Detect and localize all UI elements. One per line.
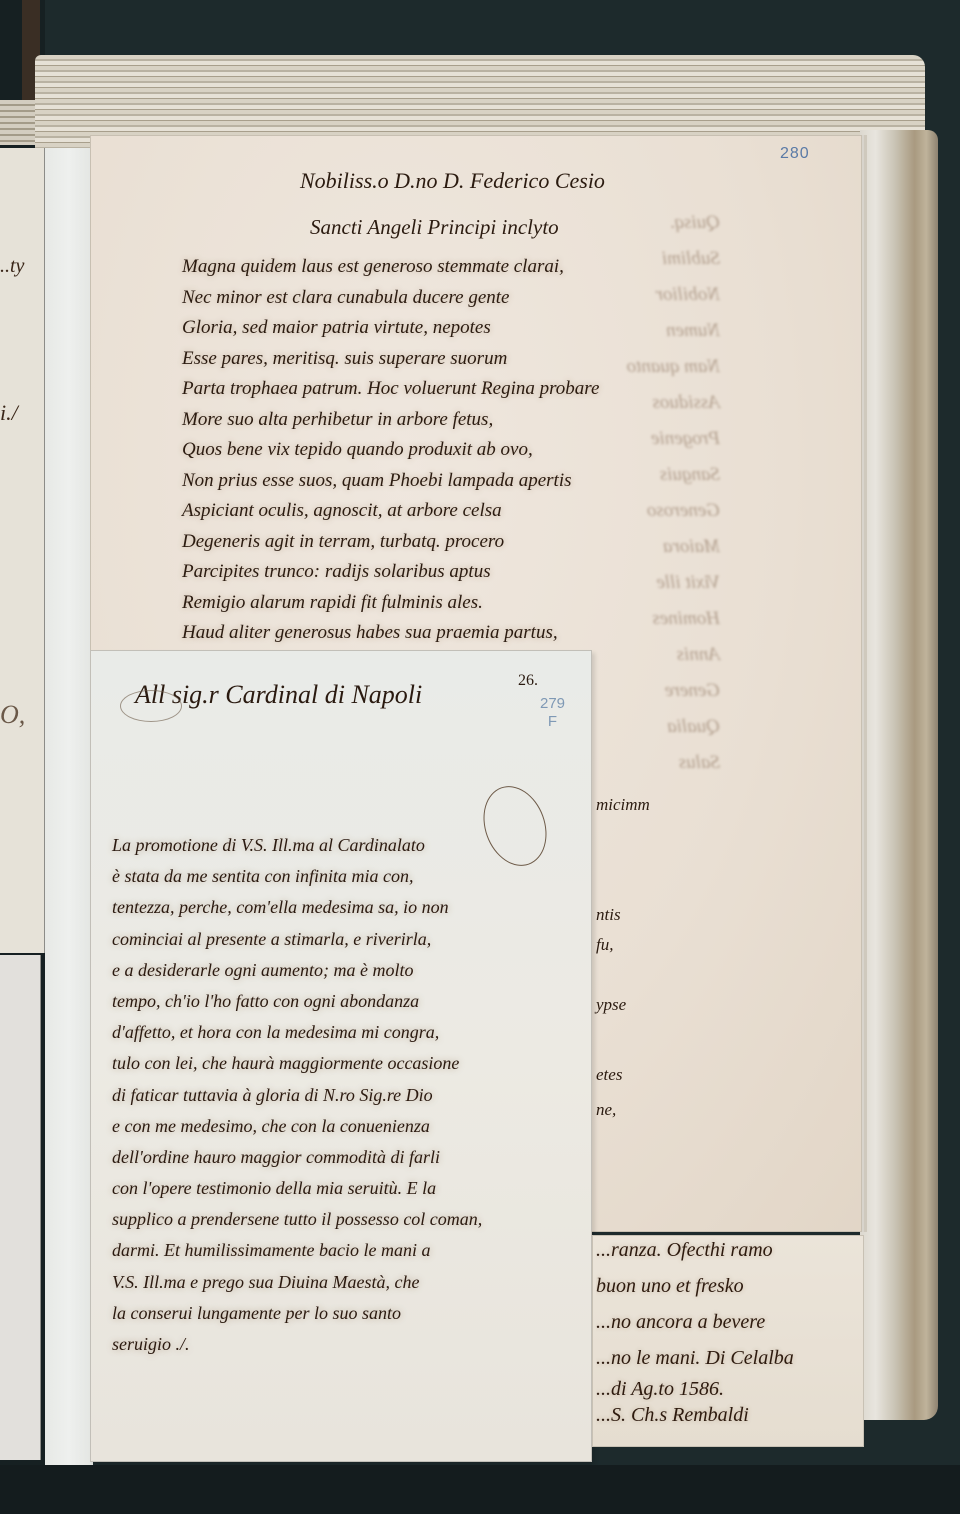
bleed-fragment: Qualia [600, 709, 720, 745]
page-stack-right-edge [860, 130, 938, 1420]
margin-fragment: etes [596, 1065, 622, 1085]
verse-line: Degeneris agit in terram, turbatq. proce… [182, 527, 682, 558]
archive-number: 279 [540, 695, 565, 713]
verse-line: Parta trophaea patrum. Hoc voluerunt Reg… [182, 374, 682, 405]
bleed-fragment: Quisq. [600, 205, 720, 241]
note-line: ...di Ag.to 1586. [596, 1376, 861, 1402]
note-body: ...ranza. Ofecthi ramo buon uno et fresk… [596, 1232, 861, 1428]
letter-line: tentezza, perche, com'ella medesima sa, … [112, 892, 582, 923]
letter-body: La promotione di V.S. Ill.ma al Cardinal… [112, 830, 582, 1360]
letter-line: tulo con lei, che haurà maggiormente occ… [112, 1048, 582, 1079]
letter-line: La promotione di V.S. Ill.ma al Cardinal… [112, 830, 582, 861]
verse-line: Non prius esse suos, quam Phoebi lampada… [182, 466, 682, 497]
left-page-fragment: O, [0, 700, 25, 730]
note-line: buon uno et fresko [596, 1268, 861, 1304]
margin-fragment: fu, [596, 935, 613, 955]
note-line: ...ranza. Ofecthi ramo [596, 1232, 861, 1268]
left-facing-page-lower [0, 955, 41, 1460]
flourish-mark [120, 690, 182, 722]
letter-line: d'affetto, et hora con la medesima mi co… [112, 1017, 582, 1048]
verse-dedication-title: Nobiliss.o D.no D. Federico Cesio [300, 168, 605, 194]
letter-line: supplico a prendersene tutto il possesso… [112, 1204, 582, 1235]
verse-line: Gloria, sed maior patria virtute, nepote… [182, 313, 682, 344]
bottom-backdrop [0, 1465, 960, 1514]
verse-line: More suo alta perhibetur in arbore fetus… [182, 405, 682, 436]
margin-fragment: ne, [596, 1100, 616, 1120]
letter-line: e con me medesimo, che con la conuenienz… [112, 1111, 582, 1142]
margin-fragment: micimm [596, 795, 650, 815]
letter-line: cominciai al presente a stimarla, e rive… [112, 924, 582, 955]
margin-fragment: ypse [596, 995, 626, 1015]
verse-dedication-subtitle: Sancti Angeli Principi inclyto [310, 215, 559, 240]
letter-line: tempo, ch'io l'ho fatto con ogni abondan… [112, 986, 582, 1017]
archive-letter: F [540, 713, 565, 731]
page-stack-left-edge [0, 100, 35, 145]
letter-line: è stata da me sentita con infinita mia c… [112, 861, 582, 892]
verse-line: Parcipites trunco: radijs solaribus aptu… [182, 557, 682, 588]
binding-guard-strip [45, 148, 93, 1470]
letter-line: V.S. Ill.ma e prego sua Diuina Maestà, c… [112, 1267, 582, 1298]
letter-line: e a desiderarle ogni aumento; ma è molto [112, 955, 582, 986]
letter-number: 26. [518, 672, 538, 690]
note-line: ...no ancora a bevere [596, 1304, 861, 1340]
bleed-fragment: Genere [600, 673, 720, 709]
archive-pencil-mark: 279 F [540, 695, 565, 731]
letter-line: con l'opere testimonio della mia seruitù… [112, 1173, 582, 1204]
letter-line: dell'ordine hauro maggior commodità di f… [112, 1142, 582, 1173]
letter-line: seruigio ./. [112, 1329, 582, 1360]
letter-line: di faticar tuttavia à gloria di N.ro Sig… [112, 1080, 582, 1111]
letter-line: darmi. Et humilissimamente bacio le mani… [112, 1235, 582, 1266]
verse-line: Nec minor est clara cunabula ducere gent… [182, 283, 682, 314]
note-line: ...S. Ch.s Rembaldi [596, 1402, 861, 1428]
left-page-fragment: i./ [0, 400, 18, 426]
verse-line: Esse pares, meritisq. suis superare suor… [182, 344, 682, 375]
folio-number: 280 [780, 145, 810, 163]
verse-line: Magna quidem laus est generoso stemmate … [182, 252, 682, 283]
verse-line: Aspiciant oculis, agnoscit, at arbore ce… [182, 496, 682, 527]
letter-line: la conserui lungamente per lo suo santo [112, 1298, 582, 1329]
left-page-fragment: ..ty [0, 255, 24, 278]
note-line: ...no le mani. Di Celalba [596, 1340, 861, 1376]
verse-line: Haud aliter generosus habes sua praemia … [182, 618, 682, 649]
bleed-fragment: Salus [600, 745, 720, 781]
margin-fragment: ntis [596, 905, 621, 925]
verse-body: Magna quidem laus est generoso stemmate … [182, 252, 682, 649]
verse-line: Remigio alarum rapidi fit fulminis ales. [182, 588, 682, 619]
verse-line: Quos bene vix tepido quando produxit ab … [182, 435, 682, 466]
